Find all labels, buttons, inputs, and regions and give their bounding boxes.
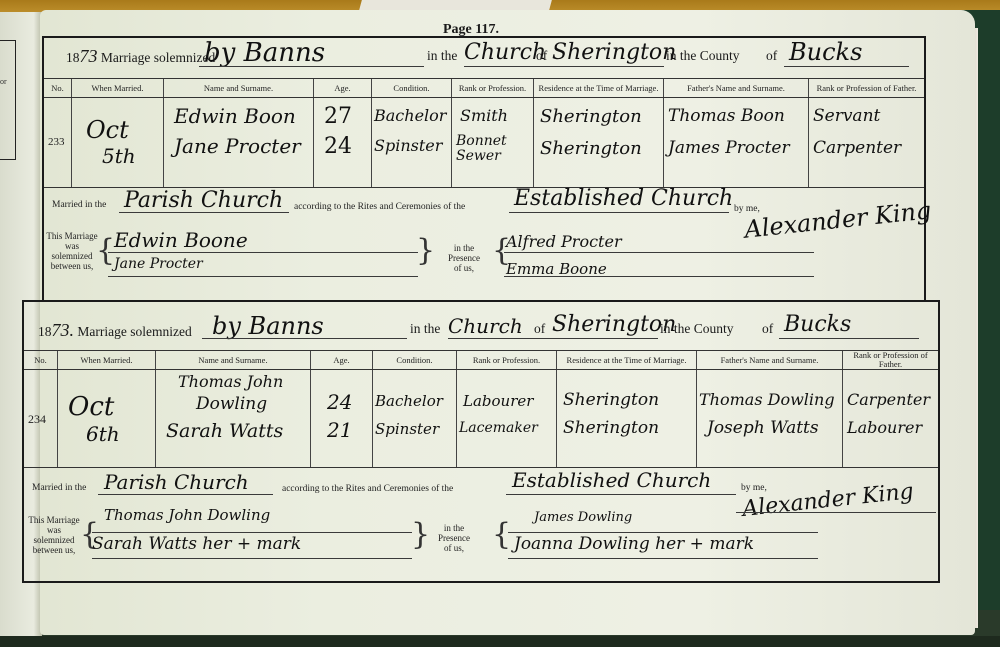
label-according-to: according to the Rites and Ceremonies of…: [294, 202, 465, 212]
year-prefix: 18: [38, 324, 52, 339]
col-name: Name and Surname.: [164, 79, 314, 97]
entry-data-row: 233 Oct 5th Edwin Boon Jane Procter 27 2…: [44, 98, 924, 188]
witness-1-signature: Alfred Procter: [506, 232, 622, 251]
col-when-married: When Married.: [58, 351, 156, 369]
label-by-me: by me,: [734, 204, 760, 214]
witness-brace: {: [492, 520, 511, 550]
label-of-us: of us,: [429, 544, 479, 554]
groom-profession: Labourer: [463, 392, 533, 410]
groom-name-line1: Thomas John: [178, 372, 283, 391]
groom-age: 27: [324, 104, 352, 129]
label-of: of: [534, 321, 545, 337]
column-header-row: No. When Married. Name and Surname. Age.…: [24, 350, 938, 370]
label-county-of: of: [766, 48, 777, 64]
entry-data-row: 234 Oct 6th Thomas John Dowling Sarah Wa…: [24, 370, 938, 468]
label-by-me: by me,: [741, 483, 767, 493]
county-name: Bucks: [784, 312, 851, 337]
label-in-the: in the: [410, 321, 440, 337]
col-condition: Condition.: [373, 351, 457, 369]
church-type: Church: [448, 314, 523, 338]
officiant-signature: Alexander King: [741, 479, 915, 522]
marriage-month: Oct: [86, 116, 129, 144]
col-rank: Rank or Profession.: [452, 79, 534, 97]
label-in-presence-block: in the Presence of us,: [429, 524, 479, 554]
entry-heading: 1873. Marriage solemnized: [38, 320, 192, 341]
bride-signature: Sarah Watts her + mark: [92, 534, 301, 554]
county-name: Bucks: [789, 38, 862, 66]
marriage-entry-234: 1873. Marriage solemnized by Banns in th…: [22, 300, 940, 583]
bride-profession: Lacemaker: [459, 420, 538, 436]
groom-profession: Smith: [460, 106, 508, 125]
groom-age: 24: [327, 390, 352, 414]
label-in-the-county: in the County: [666, 48, 740, 64]
label-this-marriage-block: This Marriage was solemnized between us,: [46, 232, 98, 272]
parish-name: Sherington: [552, 312, 676, 337]
groom-residence: Sherington: [563, 390, 659, 410]
label-marriage-solemnized: Marriage solemnized: [77, 324, 191, 339]
witness-2-signature: Joanna Dowling her + mark: [514, 534, 754, 554]
bride-name: Jane Procter: [174, 134, 301, 158]
label-in-the-county: in the County: [660, 321, 734, 337]
groom-signature: Edwin Boone: [114, 228, 248, 252]
entry-number: 234: [28, 412, 46, 427]
bride-father-name: James Procter: [668, 138, 790, 158]
bride-name: Sarah Watts: [166, 420, 283, 442]
solemnized-by: by Banns: [212, 312, 324, 340]
bride-signature: Jane Procter: [114, 256, 203, 272]
bride-residence: Sherington: [540, 138, 642, 159]
marriage-day: 5th: [102, 144, 136, 168]
bride-father-profession: Carpenter: [813, 138, 901, 158]
marriage-month: Oct: [68, 392, 114, 422]
bride-condition: Spinster: [375, 420, 439, 438]
col-no: No.: [44, 79, 72, 97]
col-no: No.: [24, 351, 58, 369]
groom-name: Edwin Boon: [174, 104, 296, 128]
year-prefix: 18: [66, 50, 80, 65]
col-age: Age.: [311, 351, 373, 369]
label-county-of: of: [762, 321, 773, 337]
label-in-the: in the: [427, 48, 457, 64]
bride-profession: Bonnet Sewer: [456, 134, 526, 165]
groom-signature: Thomas John Dowling: [104, 506, 270, 524]
rites-of: Established Church: [512, 468, 711, 492]
label-this-marriage-block: This Marriage was solemnized between us,: [28, 516, 80, 556]
left-brace: {: [96, 236, 115, 266]
solemnized-by: by Banns: [204, 38, 325, 68]
col-father-rank: Rank or Profession of Father.: [843, 351, 938, 369]
parish-name: Sherington: [552, 40, 676, 65]
groom-father-profession: Carpenter: [847, 390, 930, 409]
marriage-day: 6th: [86, 422, 120, 446]
col-rank: Rank or Profession.: [457, 351, 557, 369]
groom-condition: Bachelor: [374, 106, 446, 125]
groom-condition: Bachelor: [375, 392, 443, 410]
bride-age: 21: [327, 418, 352, 442]
bride-residence: Sherington: [563, 418, 659, 438]
label-marriage-solemnized: Marriage solemnized: [101, 50, 215, 65]
entry-heading: 1873 Marriage solemnized: [66, 46, 215, 67]
bride-age: 24: [324, 134, 352, 159]
married-in-church: Parish Church: [124, 188, 283, 213]
groom-father-profession: Servant: [813, 106, 880, 126]
groom-name-line2: Dowling: [196, 394, 267, 414]
bride-condition: Spinster: [374, 136, 442, 155]
column-header-row: No. When Married. Name and Surname. Age.…: [44, 78, 924, 98]
col-name: Name and Surname.: [156, 351, 311, 369]
marriage-entry-233: 1873 Marriage solemnized by Banns in the…: [42, 36, 926, 302]
label-between-us: between us,: [46, 262, 98, 272]
previous-page-frame: [0, 40, 16, 160]
witness-1-signature: James Dowling: [534, 510, 632, 525]
col-father-name: Father's Name and Surname.: [697, 351, 843, 369]
label-of: of: [536, 48, 547, 64]
bride-father-name: Joseph Watts: [707, 418, 819, 438]
rites-of: Established Church: [514, 186, 733, 211]
col-residence: Residence at the Time of Marriage.: [534, 79, 664, 97]
right-brace: }: [416, 236, 435, 266]
married-in-church: Parish Church: [104, 470, 249, 494]
right-brace: }: [411, 520, 430, 550]
label-according-to: according to the Rites and Ceremonies of…: [282, 484, 453, 494]
col-condition: Condition.: [372, 79, 452, 97]
col-father-name: Father's Name and Surname.: [664, 79, 809, 97]
bride-father-profession: Labourer: [847, 418, 922, 437]
label-married-in-the: Married in the: [52, 200, 106, 210]
entry-number: 233: [48, 136, 65, 148]
year-suffix: 73: [80, 46, 98, 66]
col-residence: Residence at the Time of Marriage.: [557, 351, 697, 369]
officiant-signature: Alexander King: [743, 196, 933, 243]
previous-page-text: or: [0, 77, 7, 86]
col-when-married: When Married.: [72, 79, 164, 97]
label-of-us: of us,: [439, 264, 489, 274]
bottom-shadow: [0, 636, 1000, 647]
year-suffix: 73.: [52, 320, 75, 340]
col-father-rank: Rank or Profession of Father.: [809, 79, 924, 97]
label-between-us: between us,: [28, 546, 80, 556]
groom-father-name: Thomas Boon: [668, 106, 785, 126]
label-in-presence-block: in the Presence of us,: [439, 244, 489, 274]
groom-residence: Sherington: [540, 106, 642, 127]
groom-father-name: Thomas Dowling: [699, 390, 835, 409]
church-type: Church: [464, 40, 546, 65]
col-age: Age.: [314, 79, 372, 97]
label-married-in-the: Married in the: [32, 483, 86, 493]
